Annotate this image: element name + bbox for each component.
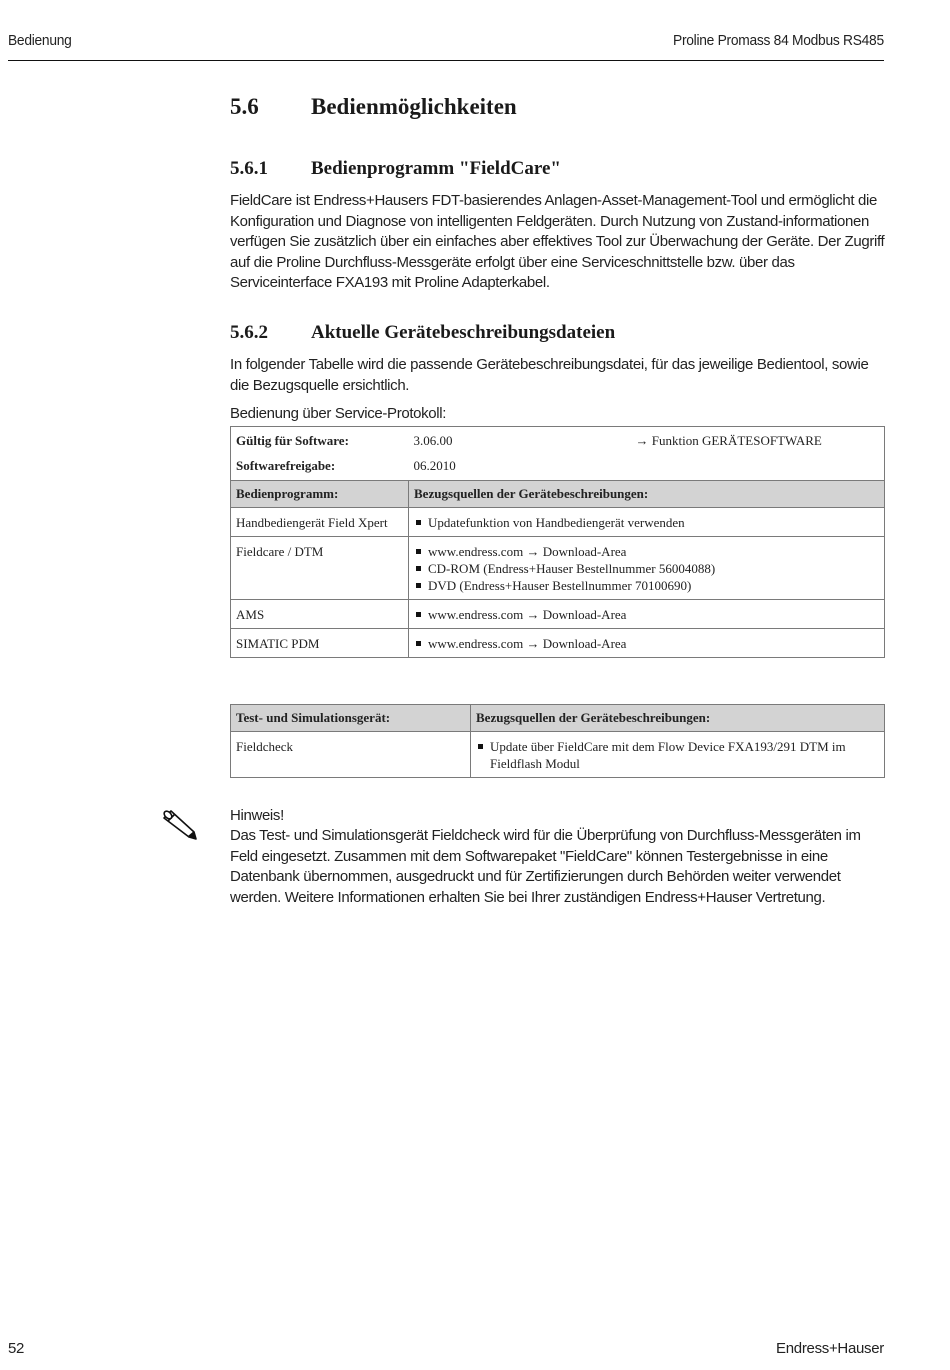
meta-label: Softwarefreigabe: (231, 452, 409, 481)
test-device-table: Test- und Simulationsgerät: Bezugsquelle… (230, 704, 885, 778)
meta-value: 06.2010 (409, 452, 631, 481)
table-row: Handbediengerät Field Xpert Updatefunkti… (231, 508, 885, 537)
meta-value: 3.06.00 (409, 427, 631, 453)
table-header-row: Bedienprogramm: Bezugsquellen der Geräte… (231, 481, 885, 508)
meta-note (631, 452, 885, 481)
sources-cell: www.endress.com → Download-Area CD-ROM (… (409, 537, 885, 600)
page-footer: 52 Endress+Hauser (8, 1340, 884, 1357)
source-item: CD-ROM (Endress+Hauser Bestellnummer 560… (414, 560, 879, 577)
header-rule (8, 60, 884, 61)
header-chapter: Bedienung (8, 32, 72, 49)
subsection-number: 5.6.1 (230, 158, 311, 180)
column-header-sources: Bezugsquellen der Gerätebeschreibungen: (409, 481, 885, 508)
subsection-heading-device-descriptions: 5.6.2 Aktuelle Gerätebeschreibungsdateie… (230, 322, 615, 344)
source-item: www.endress.com → Download-Area (414, 635, 879, 652)
software-release-row: Softwarefreigabe: 06.2010 (231, 452, 885, 481)
device-descriptions-paragraph: In folgender Tabelle wird die passende G… (230, 355, 890, 396)
sources-cell: www.endress.com → Download-Area (409, 629, 885, 658)
subsection-heading-fieldcare: 5.6.1 Bedienprogramm "FieldCare" (230, 158, 561, 180)
section-heading: 5.6 Bedienmöglichkeiten (230, 94, 517, 120)
table-row: Fieldcheck Update über FieldCare mit dem… (231, 732, 885, 778)
subsection-title: Bedienprogramm "FieldCare" (311, 158, 561, 180)
footer-brand: Endress+Hauser (776, 1340, 884, 1357)
table-caption: Bedienung über Service-Protokoll: (230, 404, 890, 425)
note-text: Das Test- und Simulationsgerät Fieldchec… (230, 826, 890, 908)
software-version-row: Gültig für Software: 3.06.00 → Funktion … (231, 427, 885, 453)
program-cell: Fieldcare / DTM (231, 537, 409, 600)
subsection-title: Aktuelle Gerätebeschreibungsdateien (311, 322, 615, 344)
table-header-row: Test- und Simulationsgerät: Bezugsquelle… (231, 705, 885, 732)
source-item: Update über FieldCare mit dem Flow Devic… (476, 738, 879, 772)
program-cell: AMS (231, 600, 409, 629)
meta-label: Gültig für Software: (231, 427, 409, 453)
sources-cell: www.endress.com → Download-Area (409, 600, 885, 629)
note-title: Hinweis! (230, 806, 890, 827)
page-number: 52 (8, 1340, 24, 1357)
header-product: Proline Promass 84 Modbus RS485 (673, 32, 884, 49)
fieldcare-paragraph: FieldCare ist Endress+Hausers FDT-basier… (230, 191, 890, 294)
device-cell: Fieldcheck (231, 732, 471, 778)
table-row: SIMATIC PDM www.endress.com → Download-A… (231, 629, 885, 658)
source-item: www.endress.com → Download-Area (414, 606, 879, 623)
subsection-number: 5.6.2 (230, 322, 311, 344)
section-title: Bedienmöglichkeiten (311, 94, 517, 120)
source-item: www.endress.com → Download-Area (414, 543, 879, 560)
sources-cell: Updatefunktion von Handbediengerät verwe… (409, 508, 885, 537)
column-header-sources: Bezugsquellen der Gerätebeschreibungen: (471, 705, 885, 732)
table-row: AMS www.endress.com → Download-Area (231, 600, 885, 629)
section-number: 5.6 (230, 94, 311, 120)
program-cell: SIMATIC PDM (231, 629, 409, 658)
device-description-table: Gültig für Software: 3.06.00 → Funktion … (230, 426, 885, 658)
meta-note: → Funktion GERÄTESOFTWARE (631, 427, 885, 453)
program-cell: Handbediengerät Field Xpert (231, 508, 409, 537)
source-item: DVD (Endress+Hauser Bestellnummer 701006… (414, 577, 879, 594)
source-item: Updatefunktion von Handbediengerät verwe… (414, 514, 879, 531)
sources-cell: Update über FieldCare mit dem Flow Devic… (471, 732, 885, 778)
table-row: Fieldcare / DTM www.endress.com → Downlo… (231, 537, 885, 600)
pencil-icon (160, 806, 202, 842)
running-header: Bedienung Proline Promass 84 Modbus RS48… (8, 32, 884, 49)
column-header-device: Test- und Simulationsgerät: (231, 705, 471, 732)
column-header-program: Bedienprogramm: (231, 481, 409, 508)
